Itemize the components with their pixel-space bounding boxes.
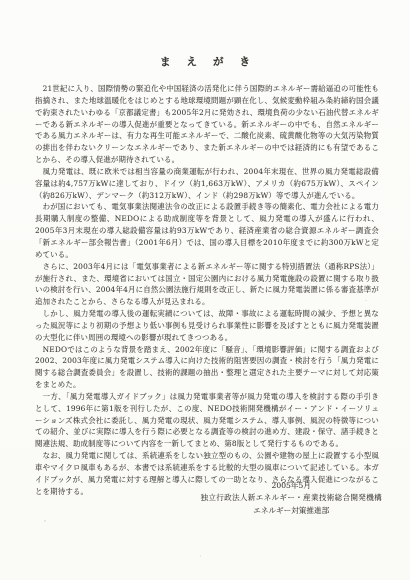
paragraph: 21世紀に入り、国際情勢の緊迫化や中国経済の活発化に伴う国際的エネルギー需給逼迫… <box>35 83 379 166</box>
paragraph: さらに、2003年4月には「電気事業者による新エネルギー等に関する特別措置法（通… <box>35 261 379 308</box>
paragraph: しかし、風力発電の導入後の運転実績については、故障・事故による運転時間の減少、予… <box>35 308 379 344</box>
publication-date: 2005年5月 <box>200 480 382 492</box>
paragraph: 風力発電は、既に欧米では相当容量の商業運転が行われ、2004年末現在、世界の風力… <box>35 166 379 202</box>
preface-body: 21世紀に入り、国際情勢の緊迫化や中国経済の活発化に伴う国際的エネルギー需給逼迫… <box>35 83 379 498</box>
department-name: エネルギー対策推進部 <box>200 505 382 517</box>
scan-artifact <box>200 555 201 557</box>
document-page: まえがき 21世紀に入り、国際情勢の緊迫化や中国経済の活発化に伴う国際的エネルギ… <box>0 0 410 580</box>
signature-block: 2005年5月 独立行政法人新エネルギー・産業技術総合開発機構 エネルギー対策推… <box>200 480 382 517</box>
scan-artifact <box>365 300 367 301</box>
organization-name: 独立行政法人新エネルギー・産業技術総合開発機構 <box>200 492 382 504</box>
scan-artifact <box>44 520 46 522</box>
paragraph: わが国においても、電気事業法関連法令の改正による設置手続き等の簡素化、電力会社に… <box>35 201 379 260</box>
paragraph: NEDOではこのような背景を踏まえ、2002年度に「騒音」、「環境影響評価」に関… <box>35 344 379 391</box>
paragraph: 一方、「風力発電導入ガイドブック」は風力発電事業者等が風力発電の導入を検討する際… <box>35 391 379 450</box>
page-title: まえがき <box>0 54 410 69</box>
